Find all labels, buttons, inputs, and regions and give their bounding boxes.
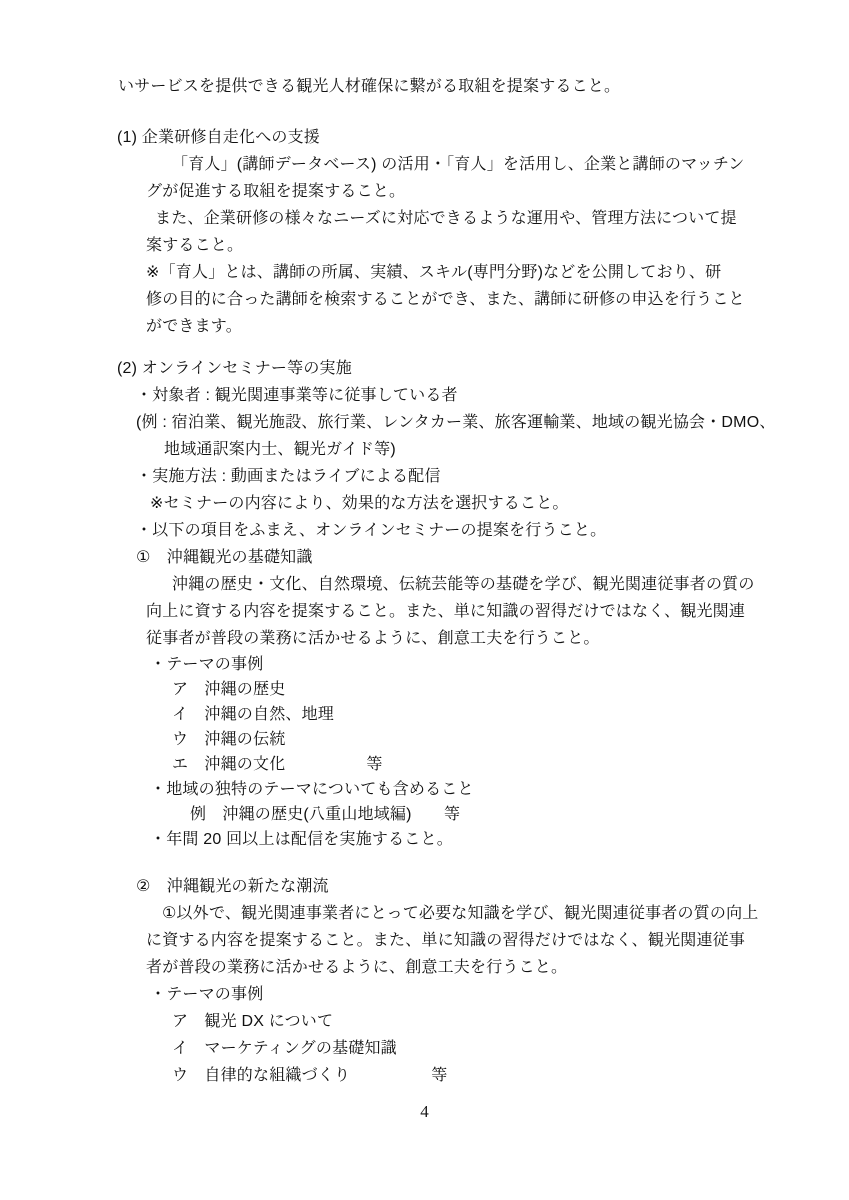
- doc-line: 案すること。: [117, 232, 819, 259]
- doc-line: ※セミナーの内容により、効果的な方法を選択すること。: [117, 490, 819, 517]
- doc-line: ・実施方法 : 動画またはライブによる配信: [117, 463, 819, 490]
- doc-line: 者が普段の業務に活かせるように、創意工夫を行うこと。: [117, 954, 819, 981]
- doc-line: ・テーマの事例: [117, 981, 819, 1008]
- document-body: いサービスを提供できる観光人材確保に繋がる取組を提案すること。(1) 企業研修自…: [117, 73, 819, 1089]
- doc-line: イ マーケティングの基礎知識: [117, 1035, 819, 1062]
- doc-line: 沖縄の歴史・文化、自然環境、伝統芸能等の基礎を学び、観光関連従事者の質の: [117, 571, 819, 598]
- doc-line: ・テーマの事例: [117, 652, 819, 677]
- doc-line: 「育人」(講師データベース) の活用・「育人」を活用し、企業と講師のマッチン: [117, 151, 819, 178]
- doc-line: に資する内容を提案すること。また、単に知識の習得だけではなく、観光関連従事: [117, 927, 819, 954]
- doc-line: また、企業研修の様々なニーズに対応できるような運用や、管理方法について提: [117, 205, 819, 232]
- doc-line: エ 沖縄の文化 等: [117, 752, 819, 777]
- doc-line: ※「育人」とは、講師の所属、実績、スキル(専門分野)などを公開しており、研: [117, 259, 819, 286]
- doc-line: ・以下の項目をふまえ、オンラインセミナーの提案を行うこと。: [117, 517, 819, 544]
- doc-line: 修の目的に合った講師を検索することができ、また、講師に研修の申込を行うこと: [117, 286, 819, 313]
- doc-line: いサービスを提供できる観光人材確保に繋がる取組を提案すること。: [117, 73, 819, 100]
- doc-line: ア 沖縄の歴史: [117, 677, 819, 702]
- doc-line: ・地域の独特のテーマについても含めること: [117, 777, 819, 802]
- doc-line: ・年間 20 回以上は配信を実施すること。: [117, 827, 819, 852]
- doc-line: ② 沖縄観光の新たな潮流: [117, 873, 819, 900]
- doc-line: ・対象者 : 観光関連事業等に従事している者: [117, 382, 819, 409]
- doc-line: ができます。: [117, 313, 819, 340]
- doc-line: イ 沖縄の自然、地理: [117, 702, 819, 727]
- document-page: いサービスを提供できる観光人材確保に繋がる取組を提案すること。(1) 企業研修自…: [0, 0, 849, 1200]
- doc-line: ウ 沖縄の伝統: [117, 727, 819, 752]
- doc-line: (2) オンラインセミナー等の実施: [117, 355, 819, 382]
- doc-line: グが促進する取組を提案すること。: [117, 178, 819, 205]
- doc-line: ウ 自律的な組織づくり 等: [117, 1062, 819, 1089]
- doc-line: 従事者が普段の業務に活かせるように、創意工夫を行うこと。: [117, 625, 819, 652]
- doc-line: 向上に資する内容を提案すること。また、単に知識の習得だけではなく、観光関連: [117, 598, 819, 625]
- doc-line: (例 : 宿泊業、観光施設、旅行業、レンタカー業、旅客運輸業、地域の観光協会・D…: [117, 409, 819, 436]
- doc-line: ①以外で、観光関連事業者にとって必要な知識を学び、観光関連従事者の質の向上: [117, 900, 819, 927]
- doc-line: 例 沖縄の歴史(八重山地域編) 等: [117, 802, 819, 827]
- doc-line: (1) 企業研修自走化への支援: [117, 124, 819, 151]
- page-number: 4: [0, 1102, 849, 1122]
- doc-line: ア 観光 DX について: [117, 1008, 819, 1035]
- doc-line: ① 沖縄観光の基礎知識: [117, 544, 819, 571]
- doc-line: 地域通訳案内士、観光ガイド等): [117, 436, 819, 463]
